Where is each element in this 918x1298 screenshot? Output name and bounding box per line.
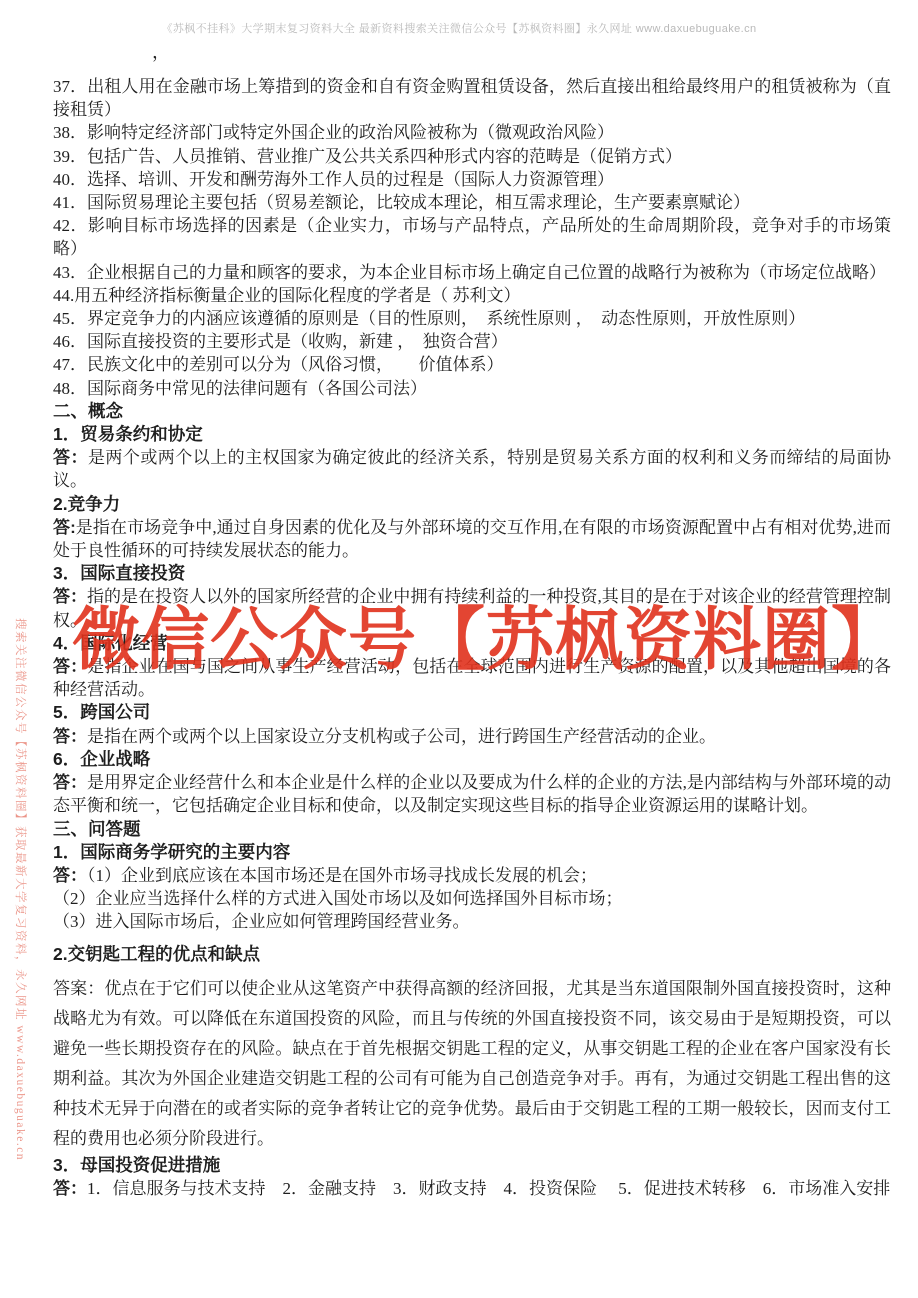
heading: 1．贸易条约和协定 bbox=[53, 423, 891, 446]
heading: 2.竞争力 bbox=[53, 493, 891, 516]
header-note: 《苏枫不挂科》大学期末复习资料大全 最新资料搜索关注微信公众号【苏枫资料圈】永久… bbox=[0, 23, 918, 36]
paragraph: 40．选择、培训、开发和酬劳海外工作人员的过程是（国际人力资源管理） bbox=[53, 168, 891, 191]
heading: 3．国际直接投资 bbox=[53, 562, 891, 585]
paragraph: 42．影响目标市场选择的因素是（企业实力，市场与产品特点，产品所处的生命周期阶段… bbox=[53, 214, 891, 260]
paragraph: 答：是用界定企业经营什么和本企业是什么样的企业以及要成为什么样的企业的方法,是内… bbox=[53, 771, 891, 817]
paragraph: 答：指的是在投资人以外的国家所经营的企业中拥有持续利益的一种投资,其目的是在于对… bbox=[53, 585, 891, 631]
paragraph: 答：是指企业在国与国之间从事生产经营活动，包括在全球范围内进行生产资源的配置，以… bbox=[53, 655, 891, 701]
paragraph: 38．影响特定经济部门或特定外国企业的政治风险被称为（微观政治风险） bbox=[53, 121, 891, 144]
paragraph: 答:是指在市场竞争中,通过自身因素的优化及与外部环境的交互作用,在有限的市场资源… bbox=[53, 516, 891, 562]
answer-prefix: 答: bbox=[53, 518, 76, 537]
paragraph: 46．国际直接投资的主要形式是（收购，新建 ， 独资合营） bbox=[53, 330, 891, 353]
paragraph: 44.用五种经济指标衡量企业的国际化程度的学者是（ 苏利文） bbox=[53, 284, 891, 307]
answer-prefix: 答： bbox=[53, 448, 88, 467]
side-watermark: 搜索关注微信公众号【苏枫资料圈】获取最新大学复习资料，永久网址 www.daxu… bbox=[13, 618, 27, 1161]
heading: 4．国际化经营 bbox=[53, 632, 891, 655]
heading: 6．企业战略 bbox=[53, 748, 891, 771]
heading: 5．跨国公司 bbox=[53, 701, 891, 724]
paragraph: 答案：优点在于它们可以使企业从这笔资产中获得高额的经济回报，尤其是当东道国限制外… bbox=[53, 974, 891, 1154]
answer-prefix: 答： bbox=[53, 773, 87, 792]
answer-prefix: 答案： bbox=[53, 979, 104, 998]
paragraph: 答：1．信息服务与技术支持 2．金融支持 3．财政支持 4．投资保险 5．促进技… bbox=[53, 1177, 891, 1200]
answer-prefix: 答： bbox=[53, 657, 87, 676]
paragraph: 37．出租人用在金融市场上筹措到的资金和自有资金购置租赁设备，然后直接出租给最终… bbox=[53, 75, 891, 121]
answer-prefix: 答： bbox=[53, 866, 87, 885]
paragraph: 47．民族文化中的差别可以分为（风俗习惯， 价值体系） bbox=[53, 353, 891, 376]
heading: 三、问答题 bbox=[53, 818, 891, 841]
paragraph: 43．企业根据自己的力量和顾客的要求，为本企业目标市场上确定自己位置的战略行为被… bbox=[53, 261, 891, 284]
paragraph: 48．国际商务中常见的法律问题有（各国公司法） bbox=[53, 377, 891, 400]
paragraph: （2）企业应当选择什么样的方式进入国处市场以及如何选择国外目标市场； bbox=[53, 887, 891, 910]
heading: 二、概念 bbox=[53, 400, 891, 423]
paragraph: 答：是两个或两个以上的主权国家为确定彼此的经济关系，特别是贸易关系方面的权利和义… bbox=[53, 446, 891, 492]
heading: 1．国际商务学研究的主要内容 bbox=[53, 841, 891, 864]
answer-prefix: 答： bbox=[53, 587, 87, 606]
heading: 3．母国投资促进措施 bbox=[53, 1154, 891, 1177]
paragraph: 41．国际贸易理论主要包括（贸易差额论，比较成本理论，相互需求理论，生产要素禀赋… bbox=[53, 191, 891, 214]
stray-comma: ， bbox=[152, 38, 170, 64]
heading: 2.交钥匙工程的优点和缺点 bbox=[53, 943, 891, 966]
paragraph: 39．包括广告、人员推销、营业推广及公共关系四种形式内容的范畴是（促销方式） bbox=[53, 145, 891, 168]
paragraph: 答：是指在两个或两个以上国家设立分支机构或子公司，进行跨国生产经营活动的企业。 bbox=[53, 725, 891, 748]
paragraph: （3）进入国际市场后，企业应如何管理跨国经营业务。 bbox=[53, 910, 891, 933]
document-body: 37．出租人用在金融市场上筹措到的资金和自有资金购置租赁设备，然后直接出租给最终… bbox=[53, 75, 891, 1200]
answer-prefix: 答： bbox=[53, 1179, 87, 1198]
paragraph: 答：（1）企业到底应该在本国市场还是在国外市场寻找成长发展的机会； bbox=[53, 864, 891, 887]
answer-prefix: 答： bbox=[53, 727, 87, 746]
paragraph: 45．界定竞争力的内涵应该遵循的原则是（目的性原则， 系统性原则 ， 动态性原则… bbox=[53, 307, 891, 330]
